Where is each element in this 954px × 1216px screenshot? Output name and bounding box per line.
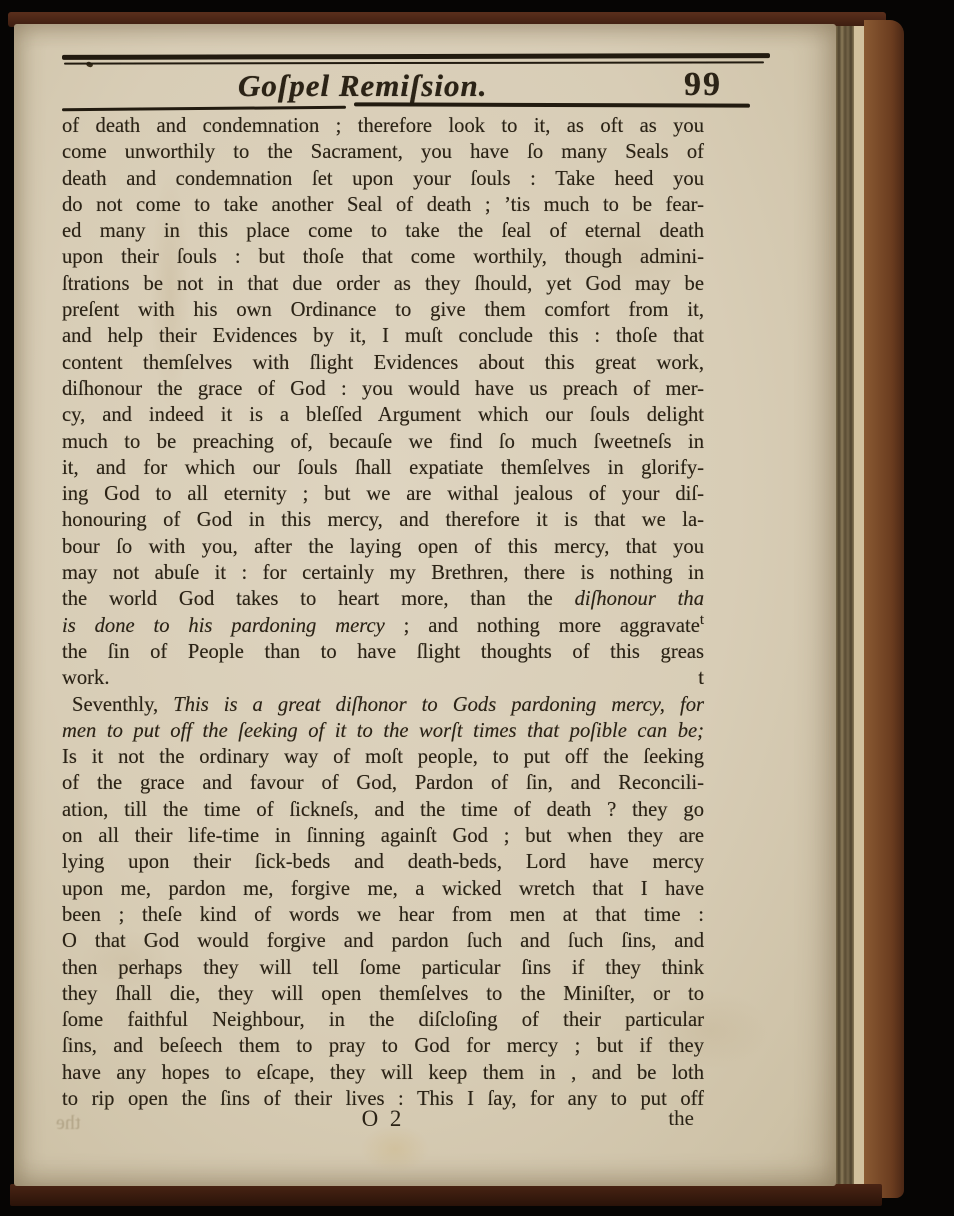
text-line: diſhonour the grace of God : you would h… bbox=[62, 376, 704, 402]
text-line: death and condemnation ſet upon your ſou… bbox=[62, 166, 704, 192]
text-segment: Seventhly, bbox=[72, 694, 173, 716]
body-text: of death and condemnation ; therefore lo… bbox=[62, 113, 704, 1112]
text-segment: of death and condemnation ; therefore lo… bbox=[62, 115, 704, 137]
text-segment: much to be preaching of, becauſe we find… bbox=[62, 431, 704, 453]
text-line: ſins, and beſeech them to pray to God fo… bbox=[62, 1033, 704, 1059]
text-line: the world God takes to heart more, than … bbox=[62, 586, 704, 612]
text-line: honouring of God in this mercy, and ther… bbox=[62, 507, 704, 533]
text-segment: is done to his pardoning mercy bbox=[62, 615, 385, 637]
book-scan: Goſpel Remiſsion. 99 of death and condem… bbox=[0, 0, 954, 1216]
text-segment: been ; theſe kind of words we hear from … bbox=[62, 904, 704, 926]
text-line: upon their ſouls : but thoſe that come w… bbox=[62, 244, 704, 270]
running-title: Goſpel Remiſsion. bbox=[238, 68, 488, 104]
text-line: Seventhly, This is a great diſhonor to G… bbox=[62, 692, 704, 718]
text-segment: O that God would forgive and pardon ſuch… bbox=[62, 930, 704, 952]
text-line: twork. bbox=[62, 665, 704, 691]
text-segment: t bbox=[700, 612, 704, 628]
text-line: O that God would forgive and pardon ſuch… bbox=[62, 928, 704, 954]
text-line: then perhaps they will tell ſome particu… bbox=[62, 955, 704, 981]
text-segment: Is it not the ordinary way of moſt peopl… bbox=[62, 746, 704, 768]
text-line: upon me, pardon me, forgive me, a wicked… bbox=[62, 876, 704, 902]
text-segment: work. bbox=[62, 667, 109, 689]
text-segment: have any hopes to eſcape, they will keep… bbox=[62, 1062, 704, 1084]
text-segment: lying upon their ſick-beds and death-bed… bbox=[62, 851, 704, 873]
text-segment: and help their Evidences by it, I muſt c… bbox=[62, 325, 704, 347]
text-segment: ed many in this place come to take the ſ… bbox=[62, 220, 704, 242]
text-segment: ation, till the time of ſickneſs, and th… bbox=[62, 799, 704, 821]
text-segment: ; and nothing more aggravate bbox=[385, 615, 700, 637]
text-segment: upon me, pardon me, forgive me, a wicked… bbox=[62, 878, 704, 900]
text-line: may not abuſe it : for certainly my Bret… bbox=[62, 560, 704, 586]
text-line: content themſelves with ſlight Evidences… bbox=[62, 350, 704, 376]
page-edge-strip bbox=[854, 26, 864, 1184]
page-number: 99 bbox=[684, 66, 722, 104]
catchword: the bbox=[668, 1106, 694, 1131]
page-footer: the O 2 the bbox=[62, 1106, 704, 1136]
text-segment: ſins, and beſeech them to pray to God fo… bbox=[62, 1035, 704, 1057]
text-segment: do not come to take another Seal of deat… bbox=[62, 194, 704, 216]
text-line: come unworthily to the Sacrament, you ha… bbox=[62, 139, 704, 165]
text-line: and help their Evidences by it, I muſt c… bbox=[62, 323, 704, 349]
text-segment: diſhonour the grace of God : you would h… bbox=[62, 378, 704, 400]
text-segment: death and condemnation ſet upon your ſou… bbox=[62, 168, 704, 190]
text-segment: the world God takes to heart more, than … bbox=[62, 588, 575, 610]
text-line: have any hopes to eſcape, they will keep… bbox=[62, 1060, 704, 1086]
text-line: ed many in this place come to take the ſ… bbox=[62, 218, 704, 244]
text-segment: men to put off the ſeeking of it to the … bbox=[62, 720, 704, 742]
text-segment: ſtrations be not in that due order as th… bbox=[62, 273, 704, 295]
text-segment: it, and for which our ſouls ſhall expati… bbox=[62, 457, 704, 479]
text-line: lying upon their ſick-beds and death-bed… bbox=[62, 849, 704, 875]
book-board-right bbox=[864, 20, 904, 1198]
text-segment: content themſelves with ſlight Evidences… bbox=[62, 352, 704, 374]
text-segment: upon their ſouls : but thoſe that come w… bbox=[62, 246, 704, 268]
text-segment: come unworthily to the Sacrament, you ha… bbox=[62, 141, 704, 163]
text-segment: they ſhall die, they will open themſelve… bbox=[62, 983, 704, 1005]
text-line: ing God to all eternity ; but we are wit… bbox=[62, 481, 704, 507]
text-segment: of the grace and favour of God, Pardon o… bbox=[62, 772, 704, 794]
text-line: men to put off the ſeeking of it to the … bbox=[62, 718, 704, 744]
text-line: the ſin of People than to have ſlight th… bbox=[62, 639, 704, 665]
text-line: do not come to take another Seal of deat… bbox=[62, 192, 704, 218]
text-line: it, and for which our ſouls ſhall expati… bbox=[62, 455, 704, 481]
text-line: is done to his pardoning mercy ; and not… bbox=[62, 613, 704, 639]
text-segment: on all their life-time in ſinning againſ… bbox=[62, 825, 704, 847]
page-fore-edge bbox=[836, 26, 854, 1184]
text-segment: ſome faithful Neighbour, in the diſcloſi… bbox=[62, 1009, 704, 1031]
text-segment: ing God to all eternity ; but we are wit… bbox=[62, 483, 704, 505]
text-line: Is it not the ordinary way of moſt peopl… bbox=[62, 744, 704, 770]
text-segment: honouring of God in this mercy, and ther… bbox=[62, 509, 704, 531]
text-segment: This is a great diſhonor to Gods pardoni… bbox=[173, 694, 704, 716]
text-line: of the grace and favour of God, Pardon o… bbox=[62, 770, 704, 796]
text-line: been ; theſe kind of words we hear from … bbox=[62, 902, 704, 928]
text-segment: diſhonour tha bbox=[575, 588, 704, 610]
text-line: much to be preaching of, becauſe we find… bbox=[62, 429, 704, 455]
text-line: ſtrations be not in that due order as th… bbox=[62, 271, 704, 297]
text-segment: preſent with his own Ordinance to give t… bbox=[62, 299, 704, 321]
text-segment: may not abuſe it : for certainly my Bret… bbox=[62, 562, 704, 584]
text-line: ation, till the time of ſickneſs, and th… bbox=[62, 797, 704, 823]
text-segment: the ſin of People than to have ſlight th… bbox=[62, 641, 704, 663]
book-bottom-edge bbox=[10, 1184, 882, 1206]
text-line: of death and condemnation ; therefore lo… bbox=[62, 113, 704, 139]
text-line: on all their life-time in ſinning againſ… bbox=[62, 823, 704, 849]
text-line: cy, and indeed it is a bleſſed Argument … bbox=[62, 402, 704, 428]
text-segment: then perhaps they will tell ſome particu… bbox=[62, 957, 704, 979]
text-segment: t bbox=[698, 665, 704, 691]
text-line: preſent with his own Ordinance to give t… bbox=[62, 297, 704, 323]
text-segment: cy, and indeed it is a bleſſed Argument … bbox=[62, 404, 704, 426]
text-segment: bour ſo with you, after the laying open … bbox=[62, 536, 704, 558]
text-line: they ſhall die, they will open themſelve… bbox=[62, 981, 704, 1007]
signature-mark: O 2 bbox=[62, 1106, 704, 1132]
text-line: ſome faithful Neighbour, in the diſcloſi… bbox=[62, 1007, 704, 1033]
text-line: bour ſo with you, after the laying open … bbox=[62, 534, 704, 560]
